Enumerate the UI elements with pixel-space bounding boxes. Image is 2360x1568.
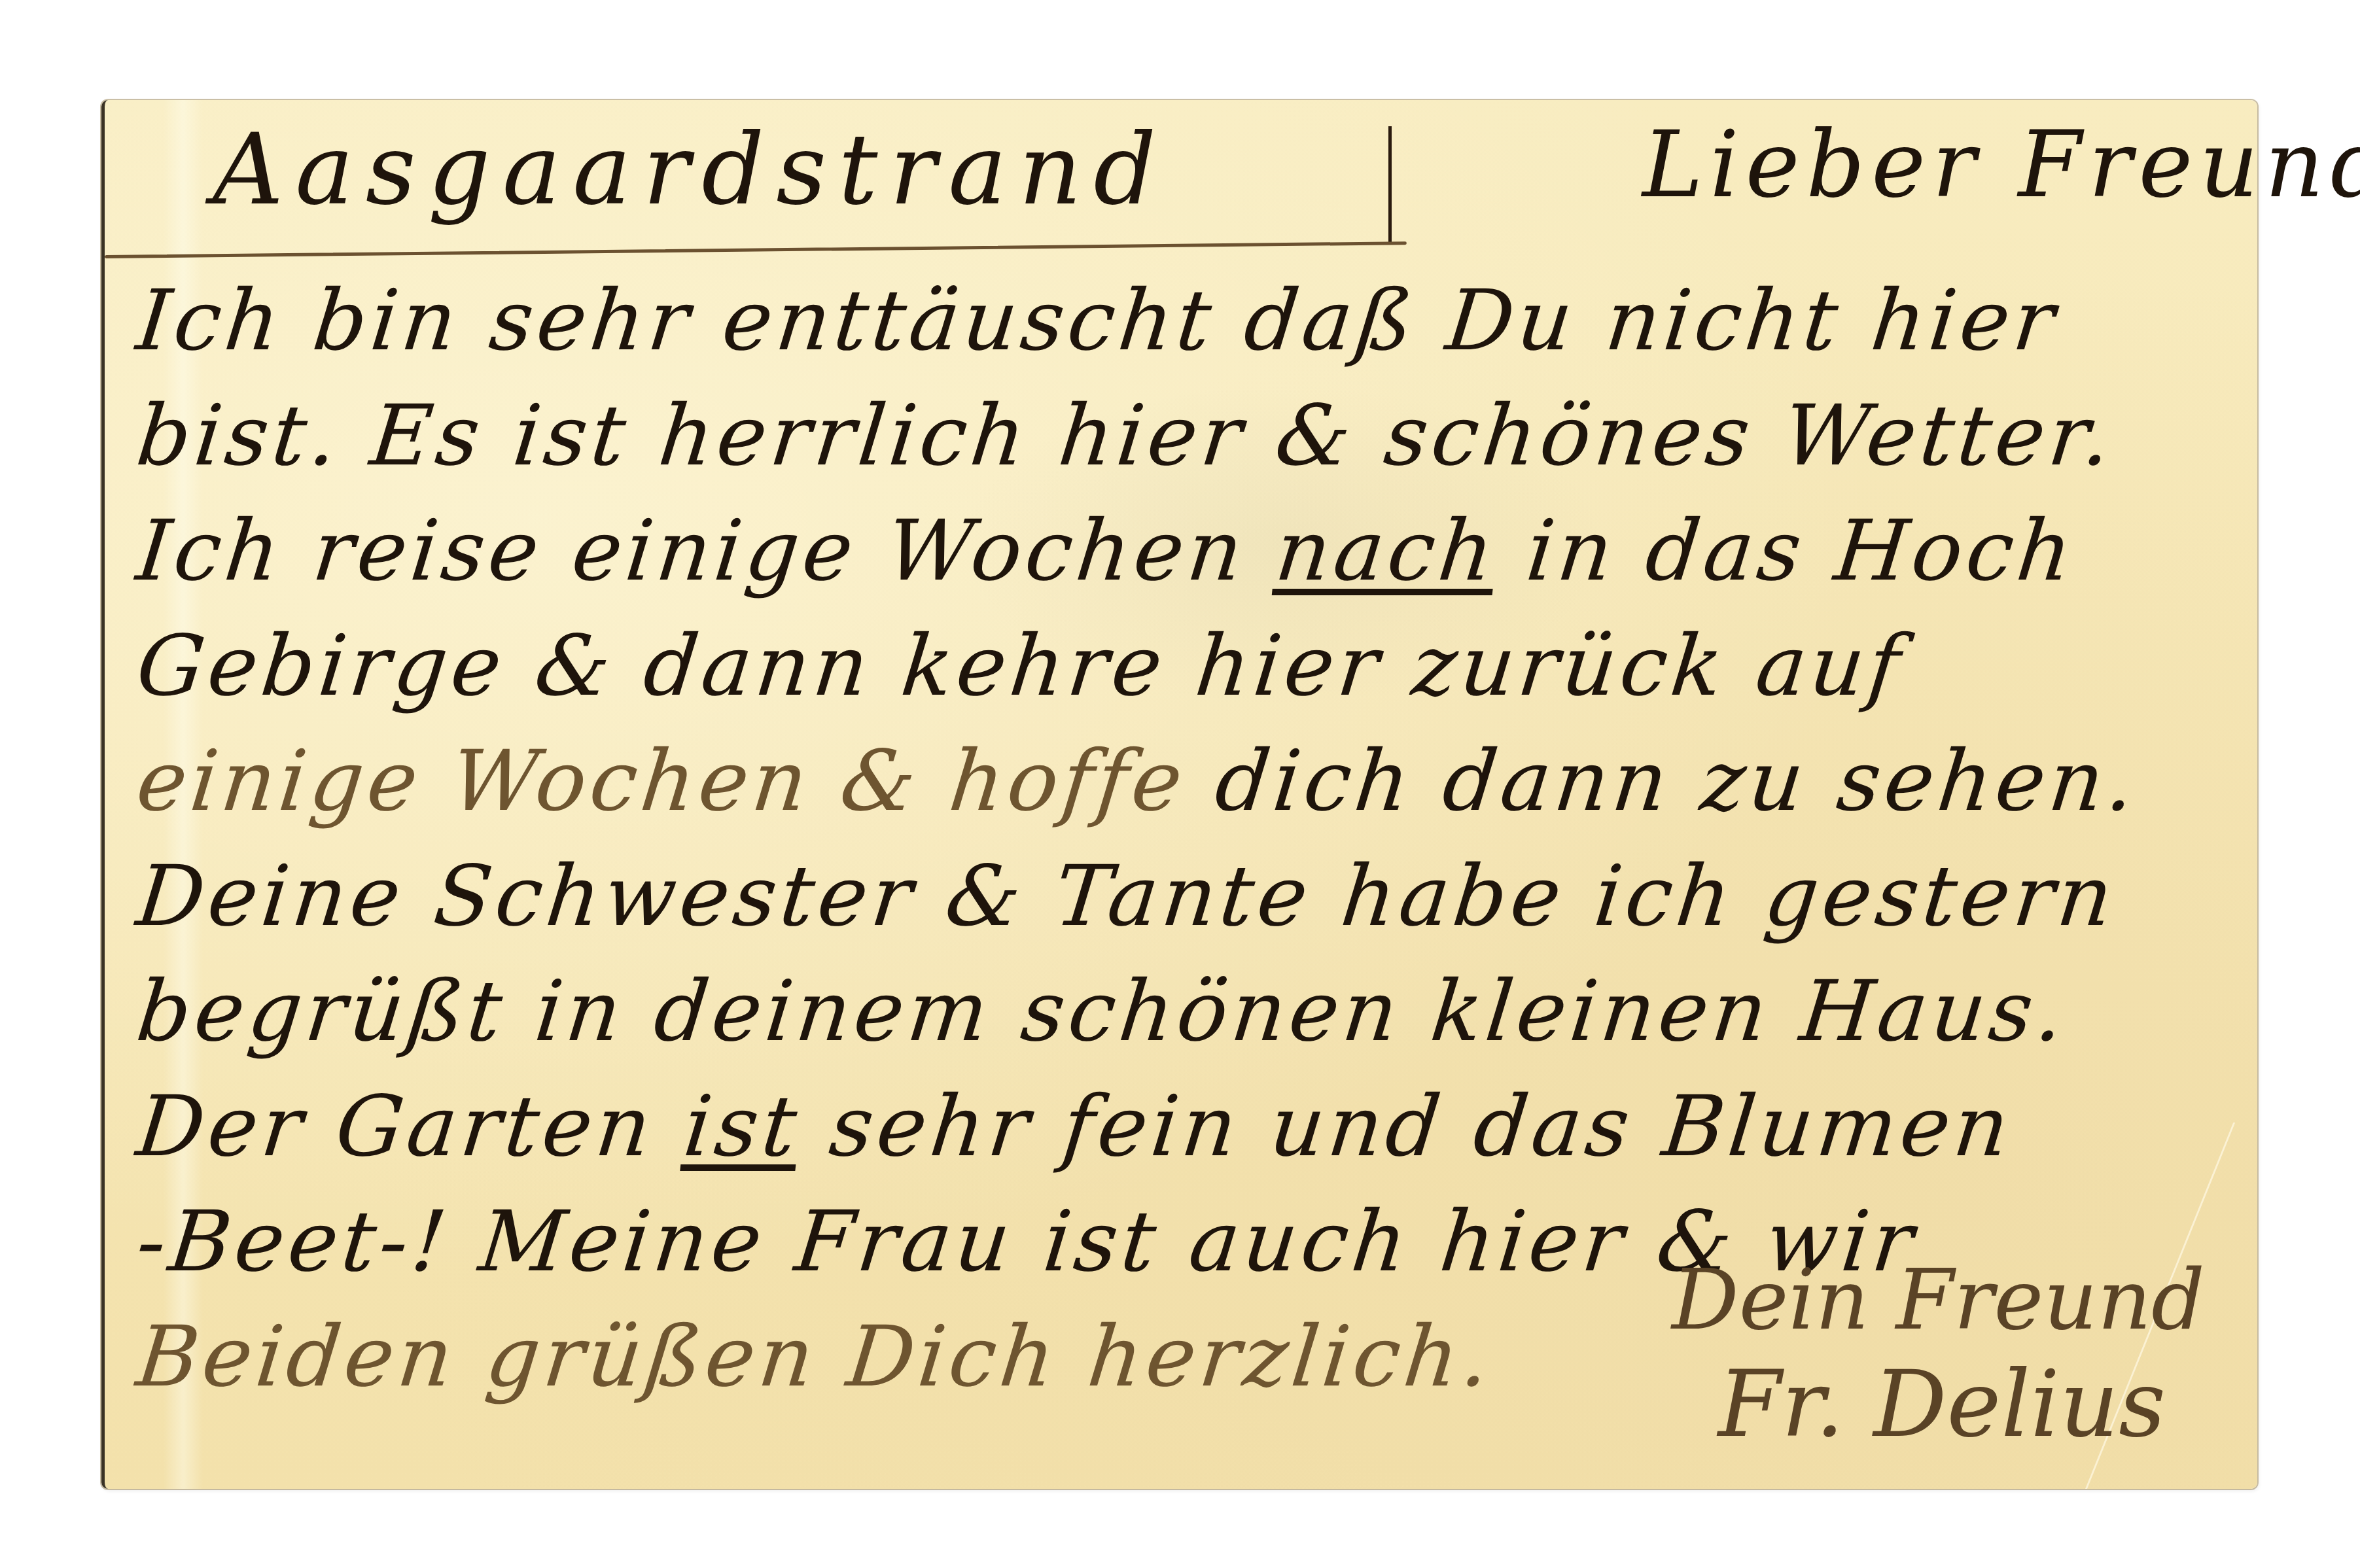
message-line-3: Ich reise einige Wochen nach in das Hoch [132,494,2237,609]
message-line-7: begrüßt in deinem schönen kleinen Haus. [132,954,2237,1070]
message-body: Ich bin sehr enttäuscht daß Du nicht hie… [137,264,2231,1415]
line-3-end: in das Hoch [1492,502,2081,600]
line-8-start: Der Garten [132,1078,690,1176]
line-8-end: sehr fein und das Blumen [795,1078,2017,1176]
faded-word-hoffe: hoffe [945,733,1191,830]
underlined-word-ist: ist [680,1078,805,1176]
closing: Dein Freund [1672,1251,2205,1350]
signoff: Dein Freund Fr. Delius [1672,1251,2205,1461]
message-line-8: Der Garten ist sehr fein und das Blumen [132,1070,2237,1185]
line-5-start: einige Wochen & [132,733,955,830]
line-3-start: Ich reise einige Wochen [132,502,1281,600]
place-name: Aasgaardstrand [213,113,1168,227]
message-line-6: Deine Schwester & Tante habe ich gestern [132,839,2237,954]
signature: Fr. Delius [1672,1350,2166,1461]
message-line-5: einige Wochen & hoffe dich dann zu sehen… [132,724,2237,839]
message-line-4: Gebirge & dann kehre hier zurück auf [132,609,2237,724]
underlined-word-nach: nach [1271,502,1502,600]
message-line-1: Ich bin sehr enttäuscht daß Du nicht hie… [132,264,2237,379]
heading-rule [105,241,1407,258]
salutation: Lieber Freund [1642,112,2360,218]
message-line-2: bist. Es ist herrlich hier & schönes Wet… [132,379,2237,494]
postcard: Aasgaardstrand Lieber Freund Ich bin seh… [101,100,2257,1489]
line-5-end: dich dann zu sehen. [1180,733,2143,830]
postcard-scan: Aasgaardstrand Lieber Freund Ich bin seh… [0,0,2360,1568]
